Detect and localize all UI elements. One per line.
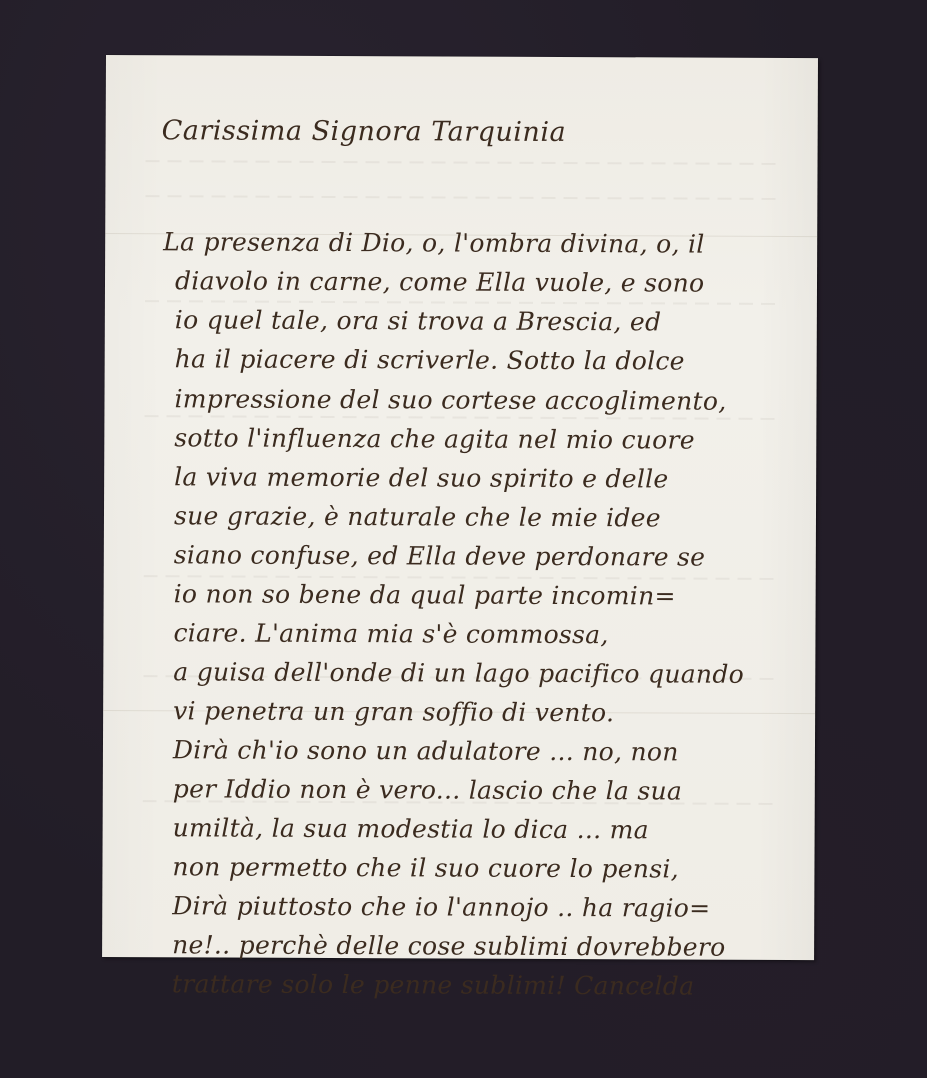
letter-line: trattare solo le penne sublimi! Cancelda — [172, 969, 695, 1000]
letter-line: La presenza di Dio, o, l'ombra divina, o… — [163, 227, 705, 258]
letter-line: Dirà ch'io sono un adulatore ... no, non — [173, 735, 679, 766]
letter-line: diavolo in carne, come Ella vuole, e son… — [175, 266, 705, 297]
letter-line: la viva memorie del suo spirito e delle — [174, 462, 669, 493]
letter-line: ne!.. perchè delle cose sublimi dovrebbe… — [172, 930, 726, 961]
letter-line: per Iddio non è vero... lascio che la su… — [173, 774, 682, 805]
letter-line: non permetto che il suo cuore lo pensi, — [172, 852, 679, 883]
letter-line: sue grazie, è naturale che le mie idee — [174, 501, 661, 532]
letter-line: io quel tale, ora si trova a Brescia, ed — [175, 305, 662, 336]
letter-page: Carissima Signora Tarquinia La presenza … — [102, 55, 818, 960]
letter-line: umiltà, la sua modestia lo dica ... ma — [173, 813, 649, 844]
salutation: Carissima Signora Tarquinia — [162, 115, 567, 148]
letter-line: sotto l'influenza che agita nel mio cuor… — [174, 423, 695, 454]
letter-body: Carissima Signora Tarquinia La presenza … — [102, 55, 818, 960]
letter-line: a guisa dell'onde di un lago pacifico qu… — [173, 657, 744, 688]
letter-line: ha il piacere di scriverle. Sotto la dol… — [175, 344, 685, 375]
letter-line: io non so bene da qual parte incomin= — [174, 579, 676, 610]
letter-line: Dirà piuttosto che io l'annojo .. ha rag… — [172, 891, 710, 922]
letter-line: ciare. L'anima mia s'è commossa, — [173, 618, 608, 649]
letter-line: vi penetra un gran soffio di vento. — [173, 696, 614, 727]
letter-line: siano confuse, ed Ella deve perdonare se — [174, 540, 706, 571]
letter-line: impressione del suo cortese accoglimento… — [174, 384, 726, 415]
